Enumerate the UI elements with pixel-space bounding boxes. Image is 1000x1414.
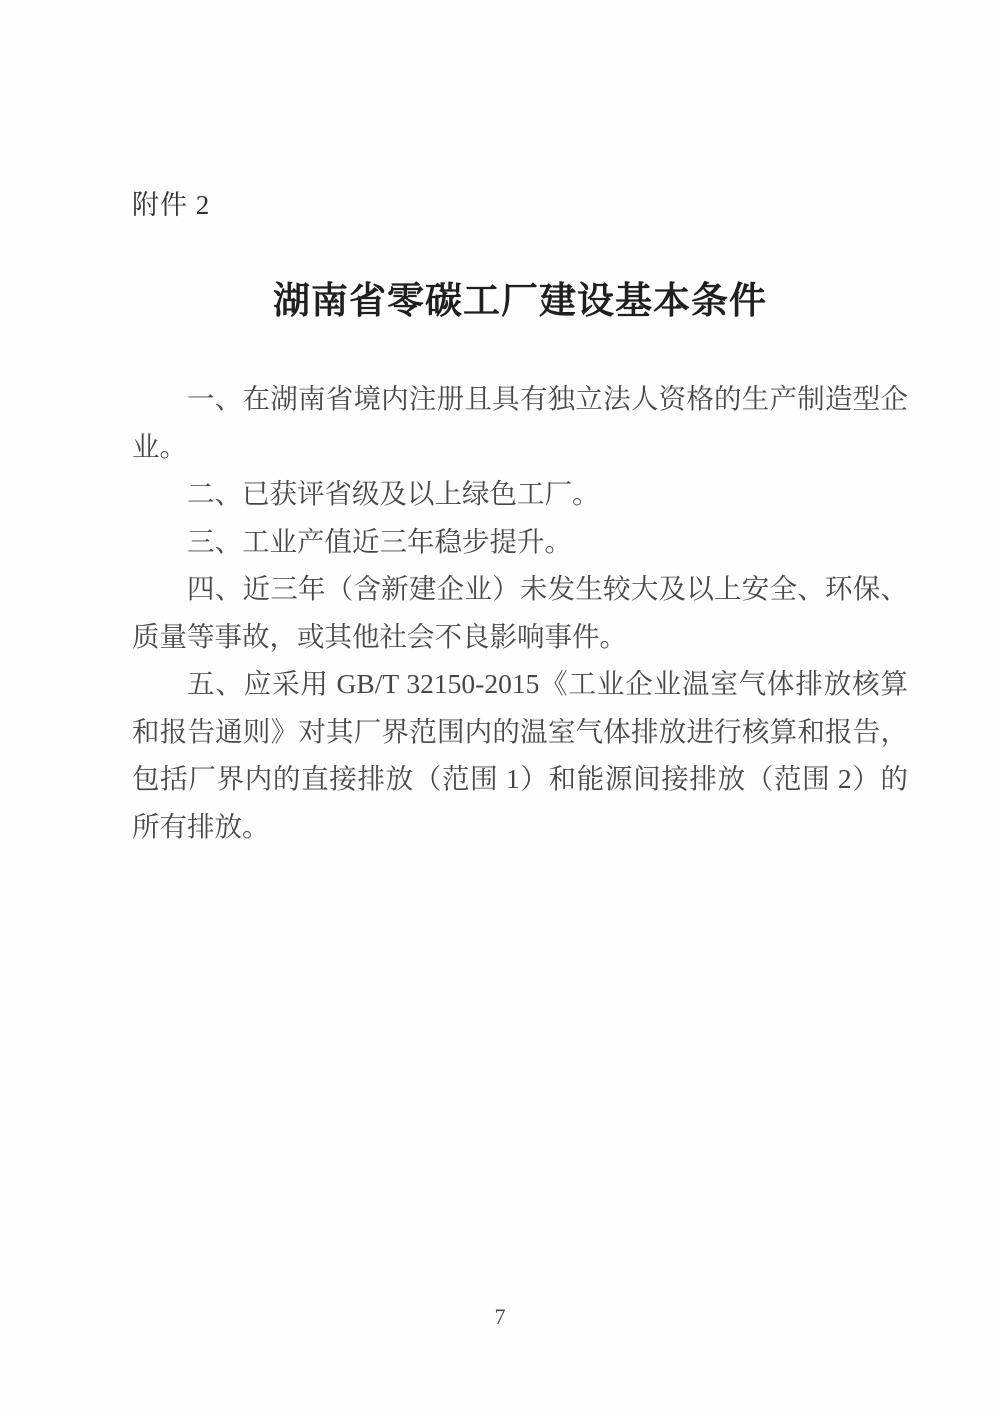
paragraph-item-4: 四、近三年（含新建企业）未发生较大及以上安全、环保、质量等事故，或其他社会不良影… <box>132 565 908 660</box>
paragraph-item-5: 五、应采用 GB/T 32150-2015《工业企业温室气体排放核算和报告通则》… <box>132 660 908 850</box>
document-page: 附件 2 湖南省零碳工厂建设基本条件 一、在湖南省境内注册且具有独立法人资格的生… <box>0 0 1000 1414</box>
document-title: 湖南省零碳工厂建设基本条件 <box>132 277 908 325</box>
paragraph-item-3: 三、工业产值近三年稳步提升。 <box>132 518 908 566</box>
attachment-label: 附件 2 <box>132 185 908 225</box>
paragraph-item-2: 二、已获评省级及以上绿色工厂。 <box>132 470 908 518</box>
document-content: 附件 2 湖南省零碳工厂建设基本条件 一、在湖南省境内注册且具有独立法人资格的生… <box>132 185 908 850</box>
document-body: 一、在湖南省境内注册且具有独立法人资格的生产制造型企业。 二、已获评省级及以上绿… <box>132 375 908 850</box>
paragraph-item-1: 一、在湖南省境内注册且具有独立法人资格的生产制造型企业。 <box>132 375 908 470</box>
page-number: 7 <box>0 1303 1000 1331</box>
